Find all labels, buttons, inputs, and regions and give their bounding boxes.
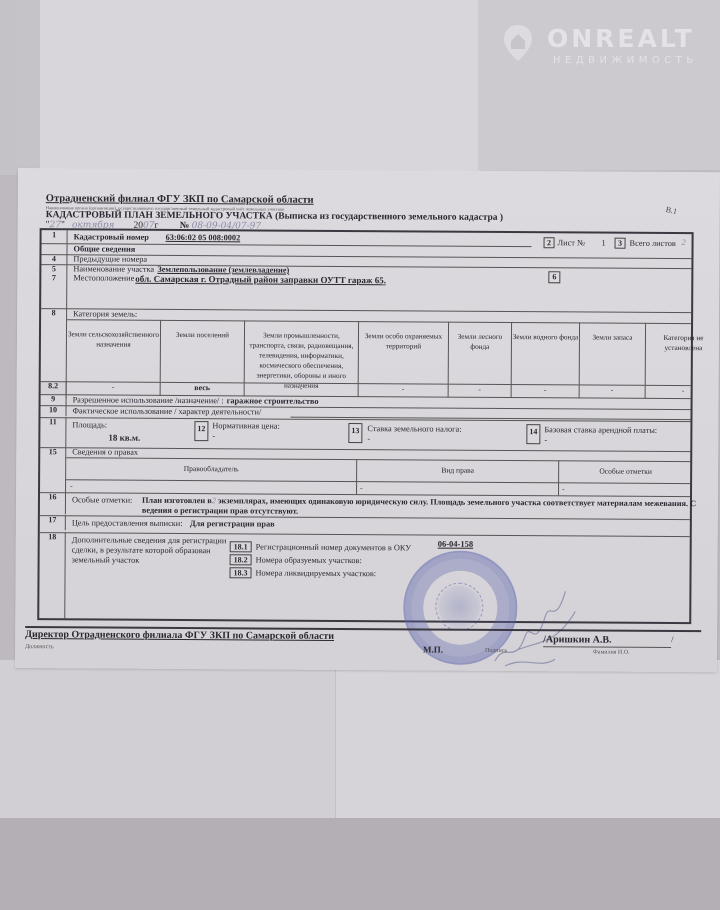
land-category-table: Земли сельскохозяйственного назначенияЗе… (67, 319, 691, 385)
background-sheet (40, 0, 480, 175)
additional-info-item-value: 06-04-158 (438, 539, 473, 549)
land-tax-rate-label: Ставка земельного налога: (367, 424, 461, 434)
area-value: 18 кв.м. (108, 433, 140, 443)
field-3-number: 3 (615, 238, 626, 249)
position-caption: Должность (25, 644, 54, 650)
special-marks-value-line2: ведения о регистрации прав отсутствуют. (142, 506, 298, 516)
additional-info-item-label: Номера ликвидируемых участков: (256, 568, 377, 578)
field-6-number: 6 (548, 271, 560, 283)
permitted-use-label: Разрешенное использование /назначение/ : (73, 395, 224, 405)
field-8-2-number: 8.2 (41, 381, 67, 394)
land-category-header: Категория не установлена (645, 323, 720, 385)
field-15-number: 15 (40, 447, 66, 492)
organization-name: Отрадненский филиал ФГУ ЗКП по Самарской… (46, 193, 314, 206)
previous-numbers-label: Предыдущие номера (73, 254, 147, 263)
seal-emblem (435, 583, 483, 631)
land-category-header: Земли промышленности, транспорта, связи,… (244, 320, 358, 383)
purpose-value: Для регистрации прав (190, 519, 275, 529)
land-category-header: Земли особо охраняемых территорий (358, 321, 448, 384)
total-sheets-value: 2 (682, 238, 686, 247)
land-tax-rate-value: - (367, 434, 370, 443)
location-label: Местоположение (73, 273, 134, 282)
rights-column-header: Вид права (356, 459, 558, 495)
field-12-number: 12 (194, 421, 208, 441)
cadastral-number-value: 63:06:02 05 008:0002 (166, 233, 241, 242)
field-17-number: 17 (40, 515, 66, 530)
field-1-number: 1 (42, 230, 68, 243)
watermark-brand: ONREALT (547, 24, 695, 53)
general-info-heading: Общие сведения (73, 244, 135, 253)
additional-info-item-number: 18.3 (229, 567, 251, 578)
field-18-number: 18 (39, 532, 66, 618)
general-number (41, 243, 67, 254)
signatory-name: /Аришкин А.В. (543, 634, 612, 645)
copies-handwritten: 2 (212, 496, 216, 505)
land-category-header: Земли сельскохозяйственного назначения (67, 319, 160, 382)
normative-price-label: Нормативная цена: (212, 421, 279, 430)
purpose-label: Цель предоставления выписки: (72, 518, 183, 528)
sheet-number-value: 1 (602, 239, 606, 248)
background-floor (0, 818, 720, 910)
additional-info-label: Дополнительные сведения для регистрации … (72, 535, 227, 566)
field-13-number: 13 (348, 423, 362, 443)
watermark-subtitle: НЕДВИЖИМОСТЬ (553, 55, 698, 66)
field-14-number: 14 (526, 424, 540, 444)
rights-cell: - (360, 483, 363, 492)
rights-label: Сведения о правах (72, 447, 138, 456)
signature-caption: Подпись (485, 648, 507, 654)
row-divider (41, 308, 691, 313)
stamp-label: М.П. (423, 644, 443, 654)
location-value: обл. Самарская г. Отрадный район заправк… (135, 274, 386, 286)
base-rent-rate-value: - (544, 435, 547, 444)
plot-name-label: Наименование участка (73, 264, 154, 273)
sheet-number-label: Лист № (558, 238, 585, 247)
field-16-number: 16 (40, 492, 66, 514)
signature-scribble (485, 581, 596, 672)
field-4-number: 4 (41, 254, 67, 264)
normative-price-value: - (212, 431, 215, 440)
signatory-position: Директор Отрадненского филиала ФГУ ЗКП п… (25, 629, 334, 642)
total-sheets-label: Всего листов (630, 239, 676, 248)
field-5-number: 5 (41, 264, 67, 273)
cadastral-number-label: Кадастровый номер (74, 232, 149, 241)
land-category-label: Категория земель: (73, 309, 137, 318)
land-category-header: Земли водного фонда (511, 322, 579, 384)
rights-table: Правообладатель-Вид права-Особые отметки… (66, 457, 690, 496)
base-rent-rate-label: Базовая ставка арендной платы: (544, 425, 657, 435)
name-caption: Фамилия И.О. (593, 650, 630, 656)
area-label: Площадь: (72, 420, 107, 429)
background-paper-bottom-right (335, 660, 720, 820)
signatory-name-end: / (671, 635, 673, 644)
rights-cell: - (70, 481, 73, 490)
field-2-number: 2 (544, 237, 555, 248)
land-category-header: Земли лесного фонда (448, 322, 511, 384)
watermark: ONREALT НЕДВИЖИМОСТЬ (495, 22, 715, 72)
rights-column-header: Правообладатель (66, 457, 356, 494)
house-pin-icon (503, 24, 533, 62)
actual-use-label: Фактическое использование / характер дея… (72, 406, 261, 416)
field-10-number: 10 (40, 405, 66, 416)
form-grid: 1 Кадастровый номер 63:06:02 05 008:0002… (37, 228, 693, 624)
field-7-number: 7 (41, 273, 67, 308)
corner-note: В.1 (665, 205, 678, 216)
special-marks-label: Особые отметки: (72, 495, 132, 504)
field-9-number: 9 (41, 394, 67, 405)
land-category-header: Земли поселений (160, 320, 244, 383)
land-category-header: Земли запаса (579, 322, 645, 384)
permitted-use-value: гаражное строительство (227, 396, 319, 406)
rights-cell: - (562, 484, 565, 493)
field-11-number: 11 (40, 417, 66, 447)
rights-column-header: Особые отметки (558, 460, 692, 496)
cadastral-plan-document: Отрадненский филиал ФГУ ЗКП по Самарской… (15, 168, 720, 672)
